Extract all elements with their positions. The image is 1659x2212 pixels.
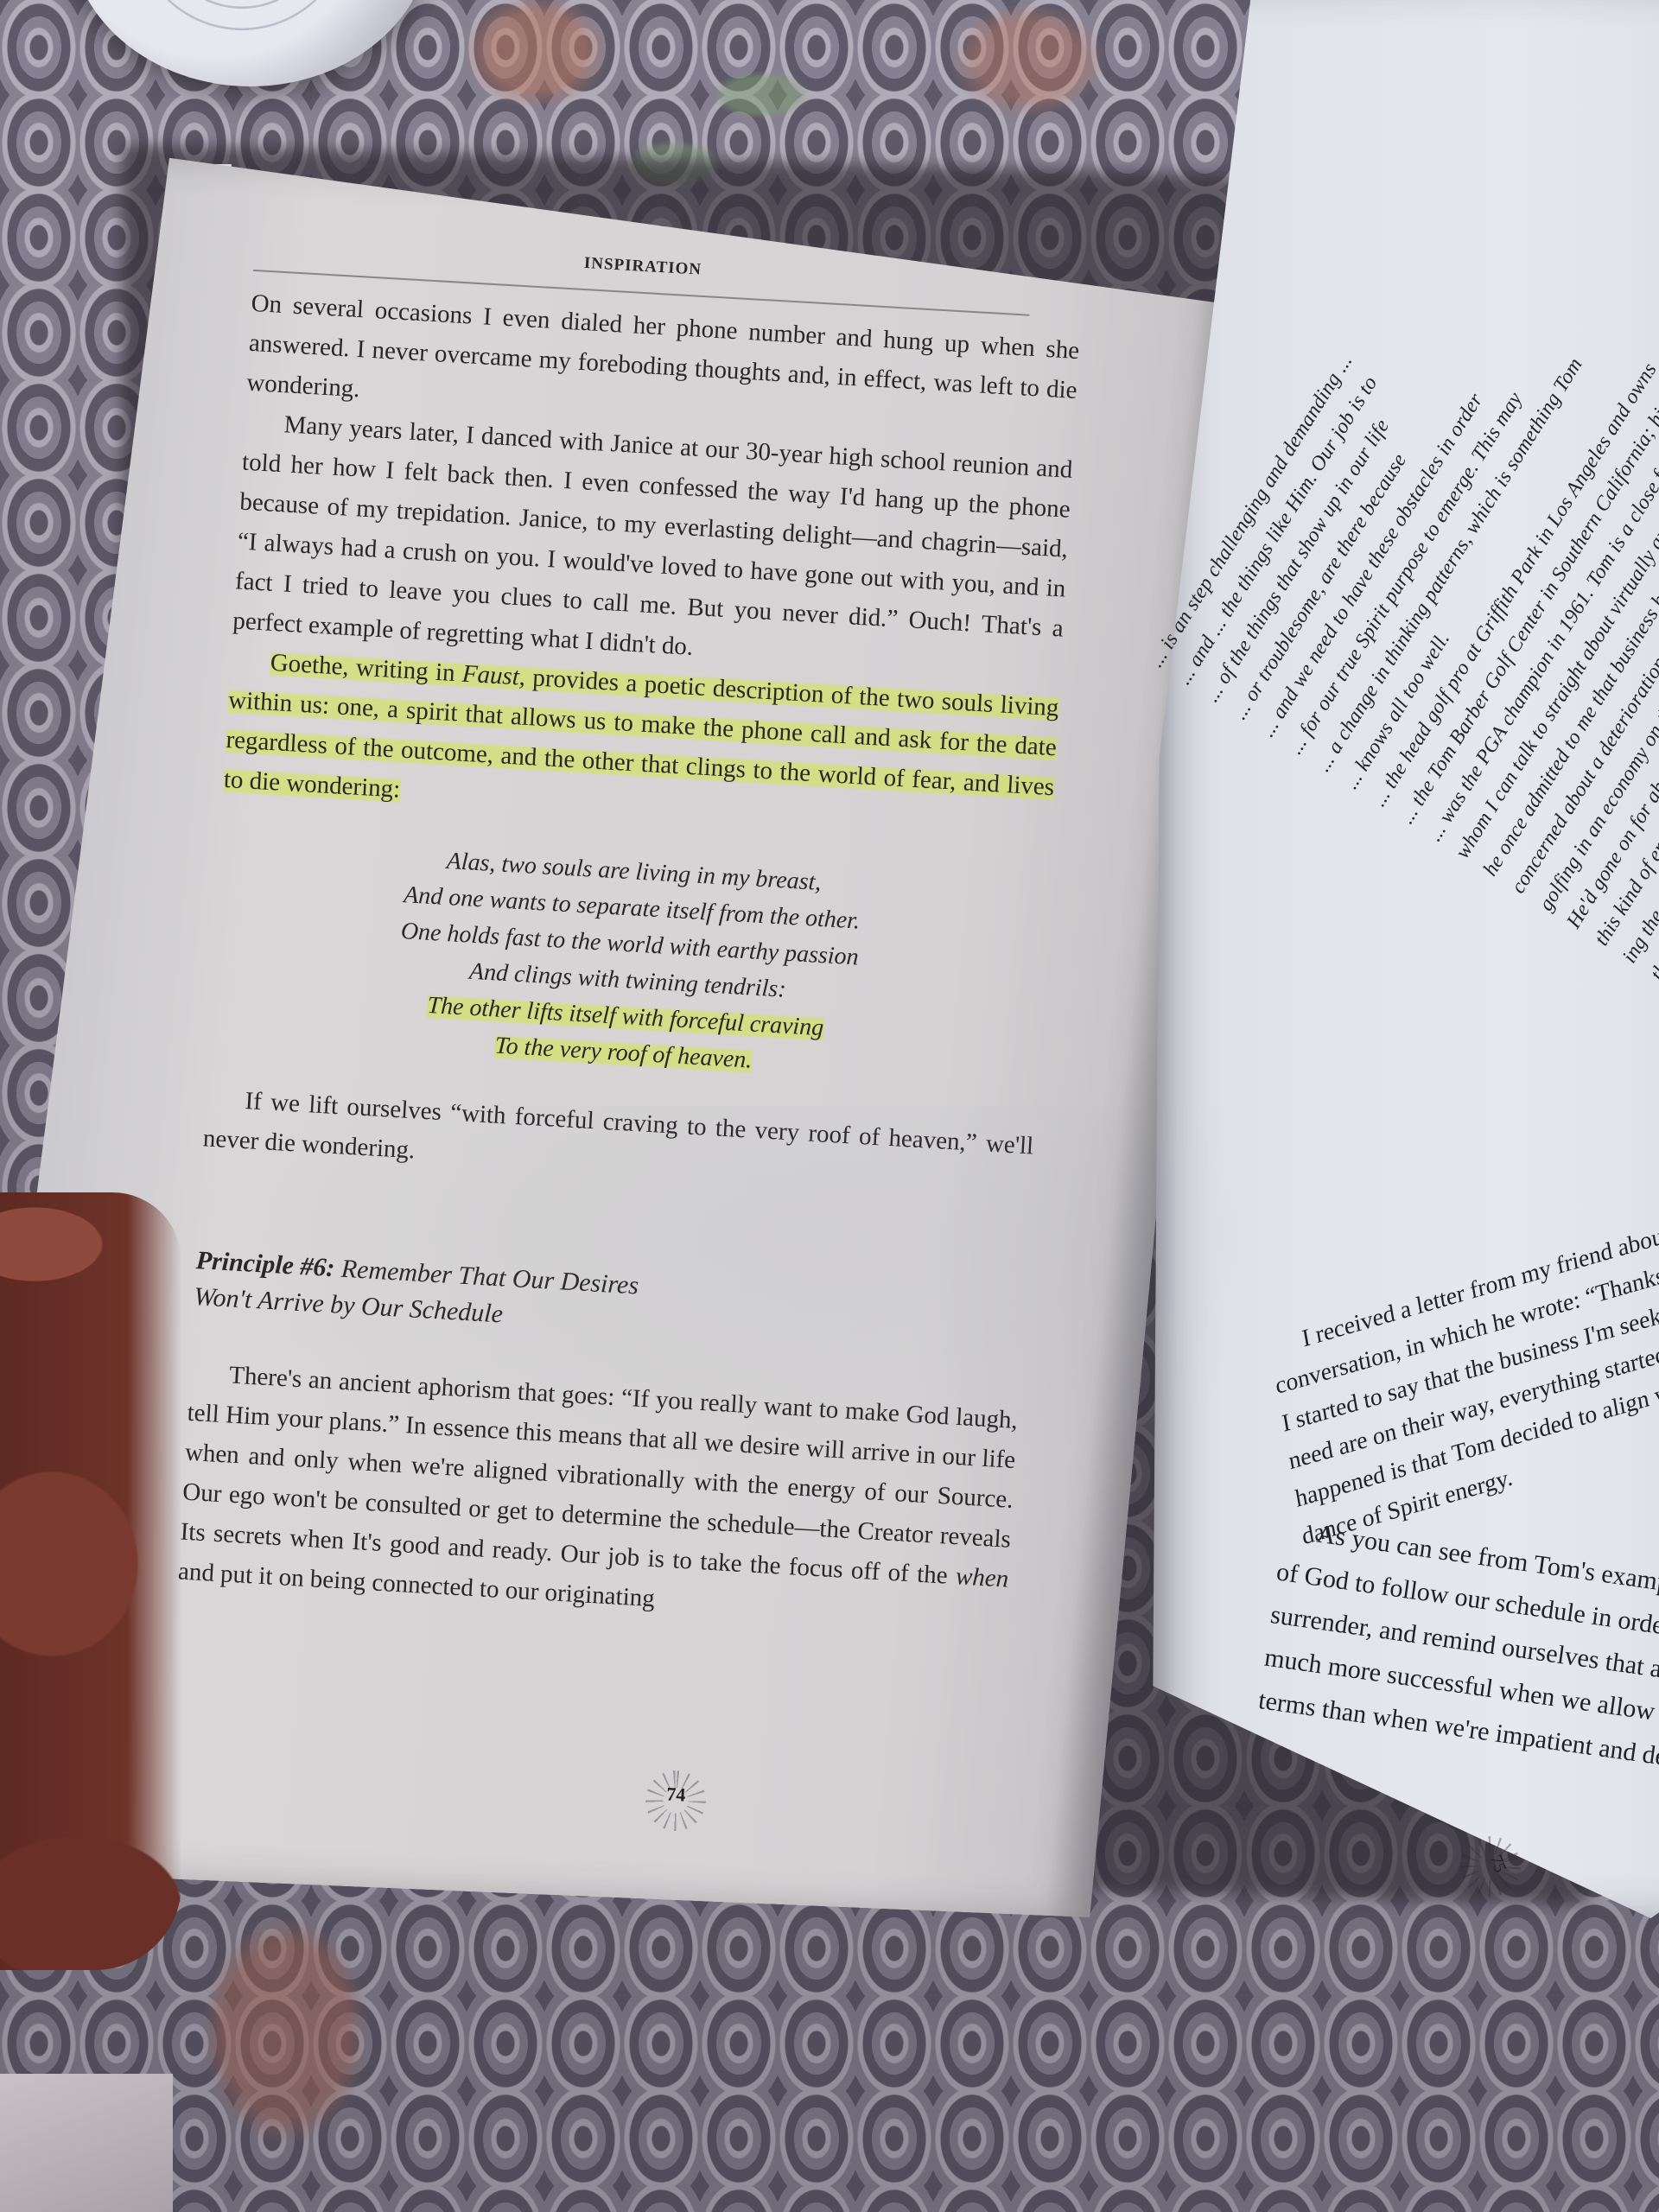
principle-label: Principle #6: (195, 1246, 335, 1282)
page-number: 74 (666, 1783, 686, 1805)
section-heading: Principle #6: Remember That Our Desires … (193, 1243, 1025, 1363)
emphasis: when (955, 1562, 1009, 1592)
text-run: There's an ancient aphorism that goes: “… (180, 1361, 1019, 1590)
hand-holding-book (0, 1192, 181, 1970)
page-number-right: 75 (1467, 1840, 1515, 1893)
paragraph: There's an ancient aphorism that goes: “… (177, 1353, 1019, 1639)
page-number-left: 74 (640, 1782, 711, 1820)
highlight-text: provides a poetic description of the two… (223, 664, 1059, 804)
book-title-faust: Faust, (461, 660, 526, 691)
floor-tile (0, 2074, 173, 2212)
left-page-text: INSPIRATION On several occasions I even … (177, 225, 1084, 1639)
paragraph: If we lift ourselves “with forceful crav… (202, 1078, 1035, 1205)
page-number: 75 (1486, 1853, 1510, 1875)
paragraph: Many years later, I danced with Janice a… (232, 403, 1073, 689)
highlight-text: Goethe, writing in (270, 649, 463, 688)
goethe-poem: Alas, two souls are living in my breast,… (208, 830, 1049, 1096)
